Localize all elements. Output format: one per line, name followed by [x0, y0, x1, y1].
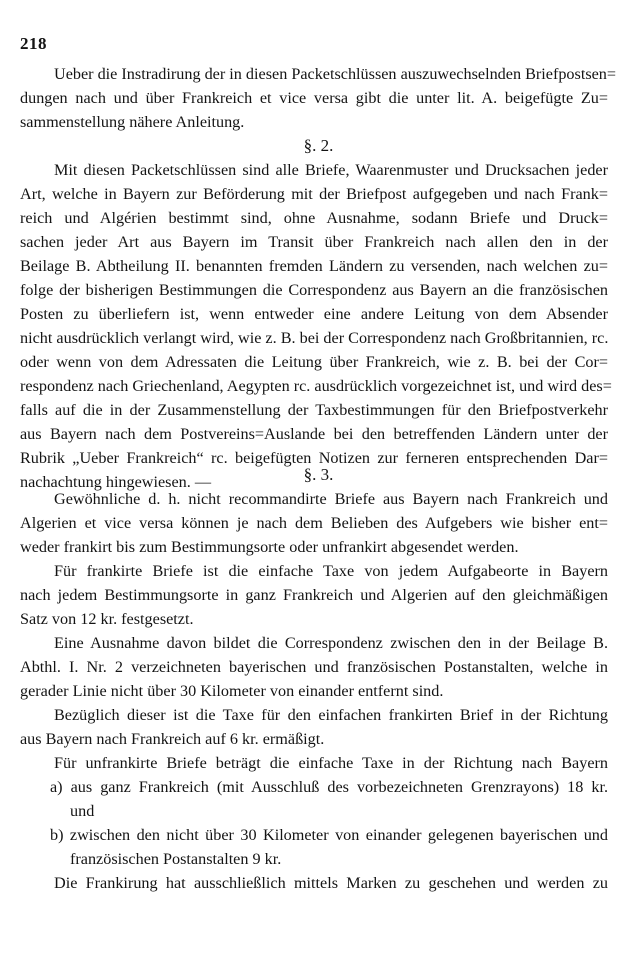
list-item-b-cont: französischen Postanstalten 9 kr.	[70, 848, 608, 870]
s2-line: Art, welche in Bayern zur Beförderung mi…	[20, 183, 608, 205]
intro-line: dungen nach und über Frankreich et vice …	[20, 87, 608, 109]
s2-line: sachen jeder Art aus Bayern im Transit ü…	[20, 231, 608, 253]
s2-line: aus Bayern nach dem Postvereins=Auslande…	[20, 423, 608, 445]
s2-line: nicht ausdrücklich verlangt wird, wie z.…	[20, 327, 608, 349]
s3-p1-line: Gewöhnliche d. h. nicht recommandirte Br…	[54, 488, 608, 510]
s3-p4-line: Bezüglich dieser ist die Taxe für den ei…	[54, 704, 608, 726]
list-item-b: b) zwischen den nicht über 30 Kilometer …	[50, 824, 608, 846]
section-heading-2: §. 2.	[0, 135, 637, 157]
document-page: 218 Ueber die Instradirung der in diesen…	[0, 0, 637, 960]
s3-p2-line: nach jedem Bestimmungsorte in ganz Frank…	[20, 584, 608, 606]
s2-line: reich und Algérien bestimmt sind, ohne A…	[20, 207, 608, 229]
section-heading-3: §. 3.	[0, 464, 637, 486]
s2-line: respondenz nach Griechenland, Aegypten r…	[20, 375, 608, 397]
s3-p3-line: Eine Ausnahme davon bildet die Correspon…	[54, 632, 608, 654]
list-item-a: a) aus ganz Frankreich (mit Ausschluß de…	[50, 776, 608, 798]
s3-p4-line: aus Bayern nach Frankreich auf 6 kr. erm…	[20, 728, 608, 750]
s3-p3-line: gerader Linie nicht über 30 Kilometer vo…	[20, 680, 608, 702]
s2-line: Posten zu überliefern ist, wenn entweder…	[20, 303, 608, 325]
intro-line: Ueber die Instradirung der in diesen Pac…	[54, 63, 608, 85]
s3-p2-line: Für frankirte Briefe ist die einfache Ta…	[54, 560, 608, 582]
list-item-a-cont: und	[70, 800, 608, 822]
s3-p3-line: Abthl. I. Nr. 2 verzeichneten bayerische…	[20, 656, 608, 678]
s2-line: oder wenn von dem Adressaten die Leitung…	[20, 351, 608, 373]
s3-p5-line: Für unfrankirte Briefe beträgt die einfa…	[54, 752, 608, 774]
s2-line: Beilage B. Abtheilung II. benannten frem…	[20, 255, 608, 277]
page-number: 218	[20, 34, 47, 54]
s3-p1-line: weder frankirt bis zum Bestimmungsorte o…	[20, 536, 608, 558]
s2-line: folge der bisherigen Bestimmungen die Co…	[20, 279, 608, 301]
s3-p6-line: Die Frankirung hat ausschließlich mittel…	[54, 872, 608, 894]
s2-line: falls auf die in der Zusammenstellung de…	[20, 399, 608, 421]
intro-line: sammenstellung nähere Anleitung.	[20, 111, 608, 133]
s3-p1-line: Algerien et vice versa können je nach de…	[20, 512, 608, 534]
s2-line: Mit diesen Packetschlüssen sind alle Bri…	[54, 159, 608, 181]
s3-p2-line: Satz von 12 kr. festgesetzt.	[20, 608, 608, 630]
